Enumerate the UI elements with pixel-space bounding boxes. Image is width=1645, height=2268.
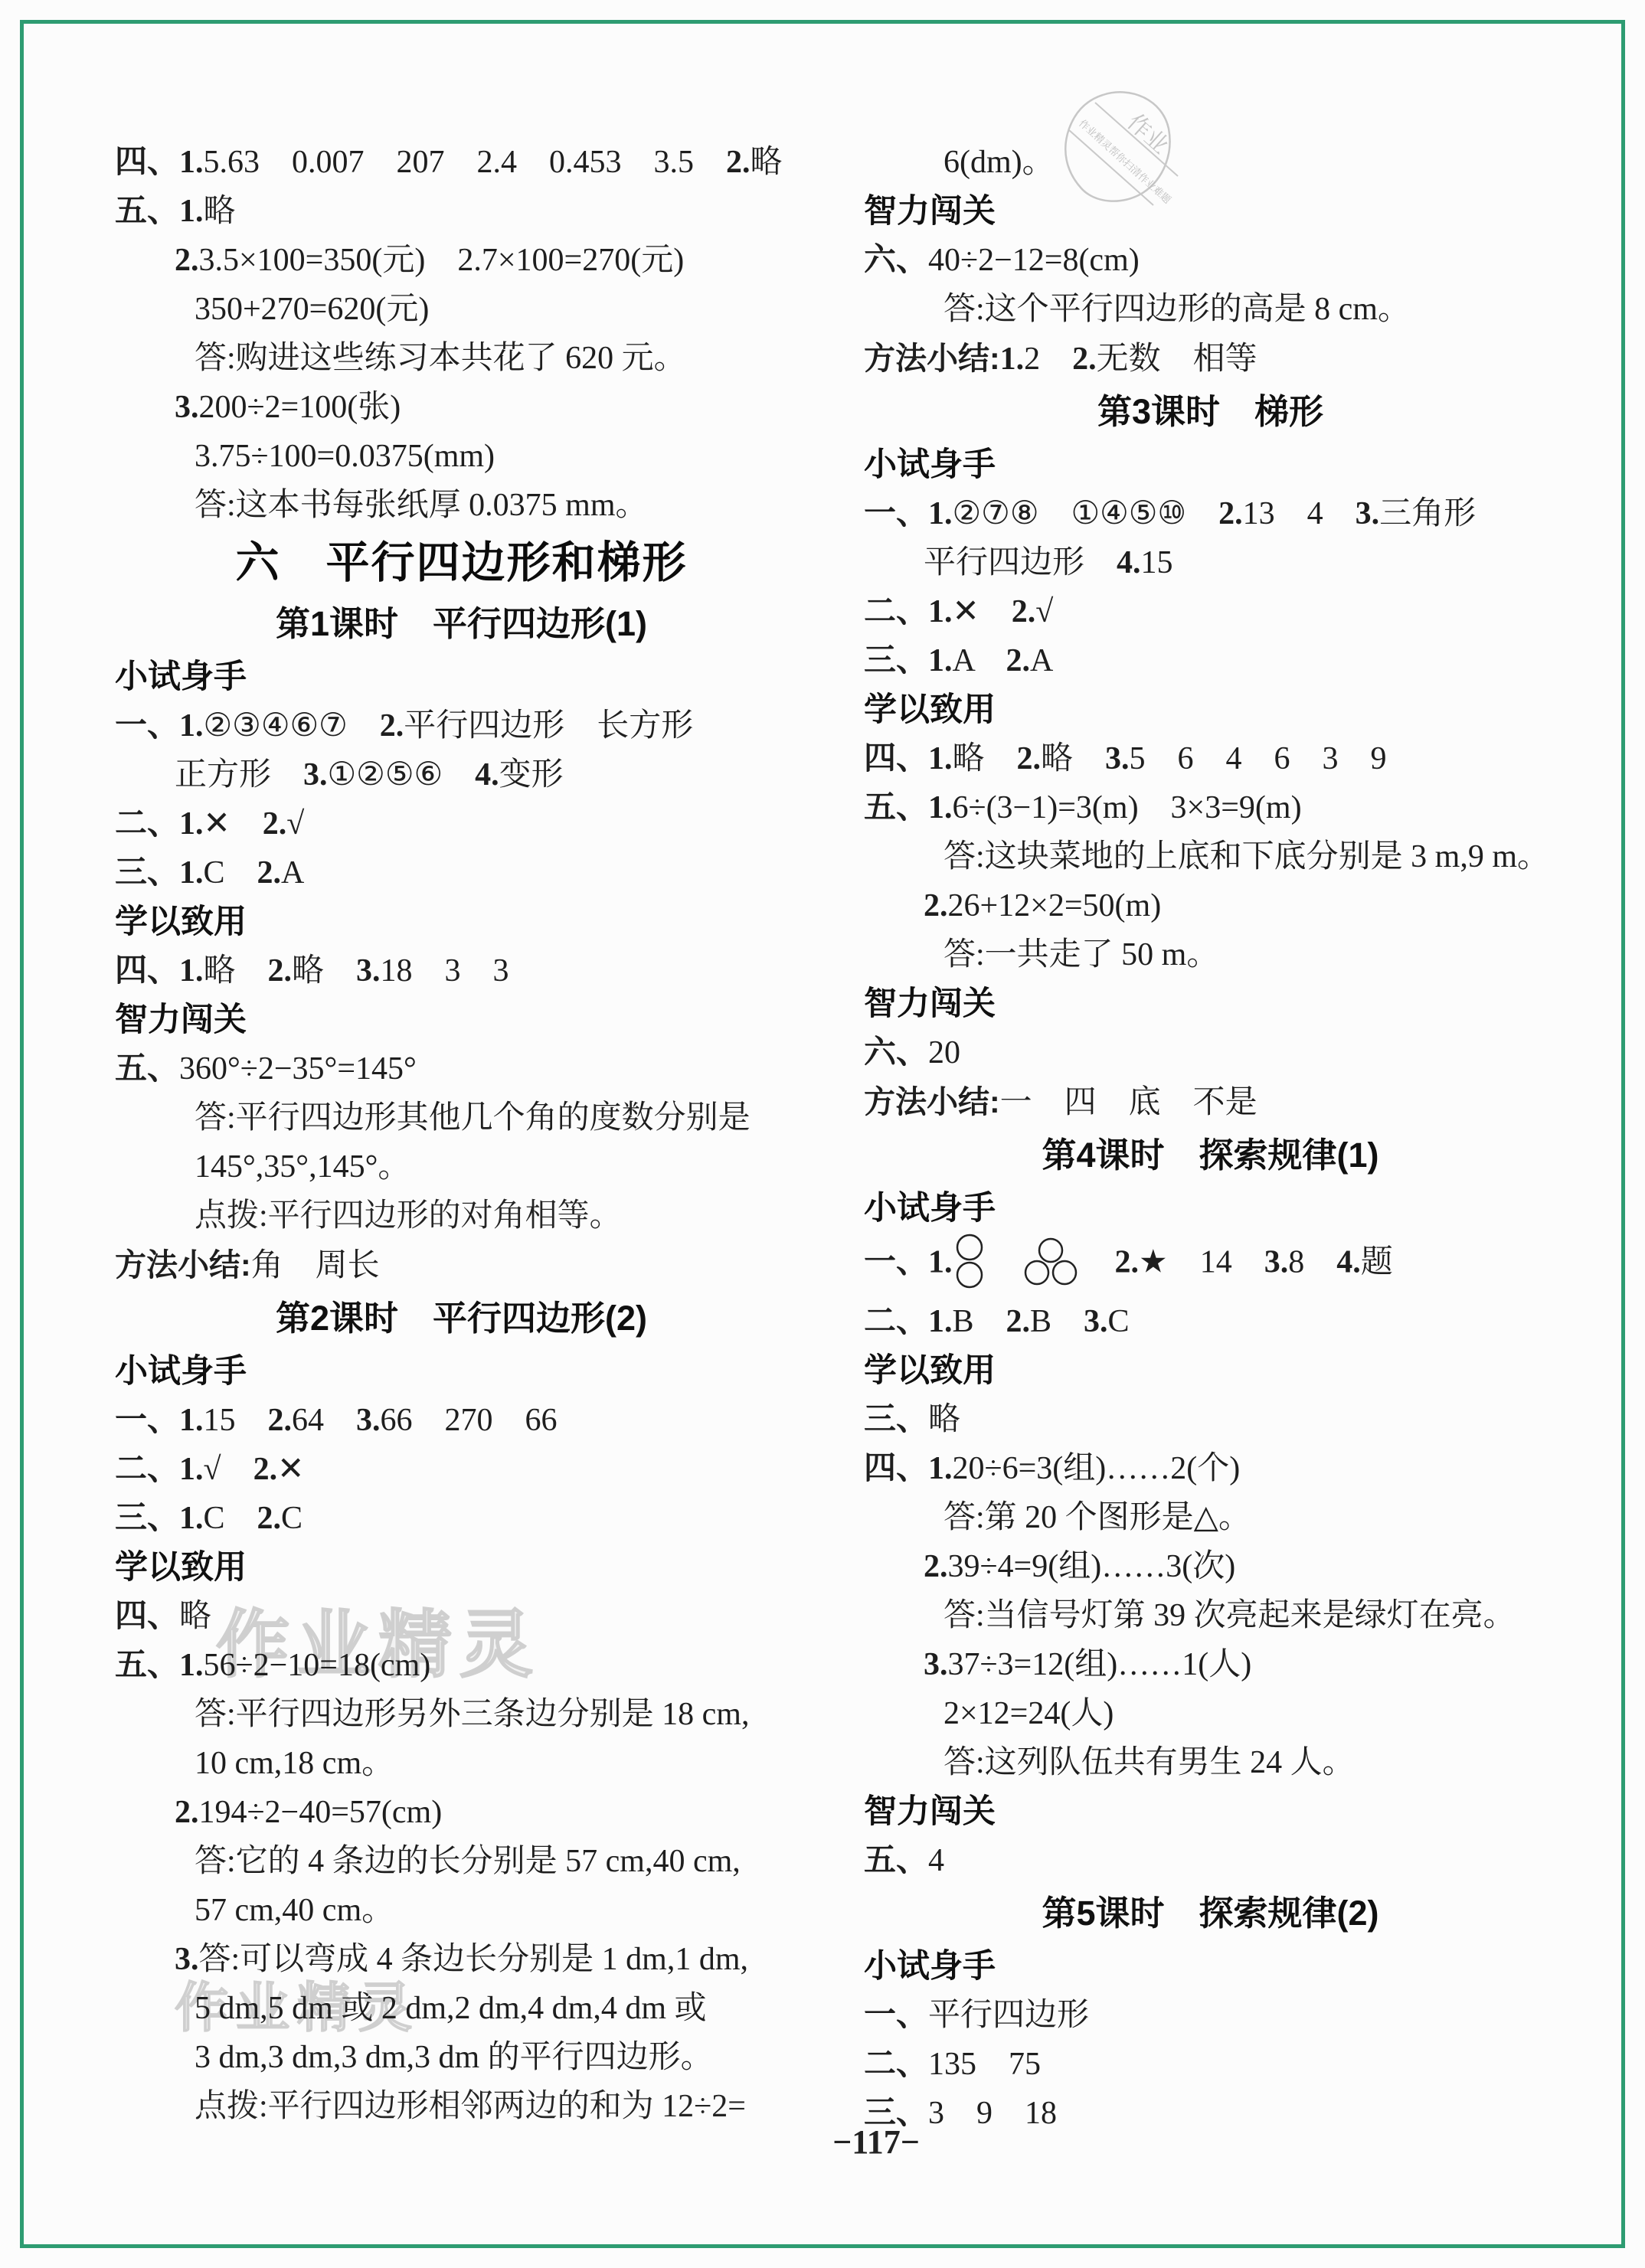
text-segment: 4. [475, 757, 499, 792]
text-segment: 56÷2−10=18(cm) [204, 1648, 431, 1683]
text-segment: 2. [1218, 496, 1243, 531]
answer-line: 三、1.C 2.C [115, 1494, 808, 1543]
answer-line: 2.194÷2−40=57(cm) [115, 1788, 808, 1837]
text-segment: 1. [179, 194, 204, 229]
answer-line: 一、1. 2.★ 14 3.8 4.题 [864, 1233, 1557, 1297]
text-segment: 三、 [115, 855, 179, 891]
answer-line: 一、1.15 2.64 3.66 270 66 [115, 1396, 808, 1445]
text-segment: 略 [292, 953, 356, 989]
text-segment: √ [1035, 594, 1053, 629]
text-segment: 3. [1105, 741, 1130, 776]
text-segment: 20 [928, 1035, 960, 1070]
text-segment: 点拨:平行四边形的对角相等。 [195, 1198, 622, 1234]
text-segment: 2. [1115, 1245, 1140, 1280]
text-segment: 题 [1361, 1245, 1393, 1280]
text-segment: 2. [924, 888, 948, 923]
text-segment: 方法小结: [864, 1084, 1000, 1119]
text-segment: 答:这列队伍共有男生 24 人。 [944, 1745, 1355, 1780]
text-segment: 一、 [864, 1245, 928, 1280]
text-segment [989, 1245, 1021, 1280]
text-segment: 10 cm,18 cm。 [195, 1746, 394, 1781]
answer-line: 三、1.C 2.A [115, 848, 808, 897]
text-segment: ✕ [277, 1452, 304, 1487]
text-segment: 2 [1024, 342, 1072, 377]
text-segment: 1. [928, 594, 953, 629]
text-segment: 15 [1141, 545, 1173, 580]
text-segment: 1. [179, 1648, 204, 1683]
text-segment: 略 [204, 194, 236, 229]
text-segment: 答:这块菜地的上底和下底分别是 3 m,9 m。 [944, 839, 1549, 874]
text-segment: 1. [1000, 342, 1025, 377]
text-segment: 五、 [864, 790, 928, 825]
text-segment: 2. [268, 953, 293, 989]
answer-line: 57 cm,40 cm。 [115, 1886, 808, 1935]
text-segment: 方法小结: [864, 341, 1000, 376]
text-segment: 1. [928, 643, 953, 678]
page-number: −117− [800, 2123, 953, 2162]
text-segment: C [281, 1501, 303, 1536]
section-header: 小试身手 [864, 440, 1557, 489]
text-segment: 66 270 66 [381, 1403, 558, 1438]
text-segment: 无数 相等 [1097, 342, 1257, 377]
answer-line: 二、1.✕ 2.√ [115, 799, 808, 848]
text-segment: 1. [179, 855, 204, 891]
section-header: 智力闯关 [115, 995, 808, 1044]
text-segment: 1. [928, 790, 953, 825]
text-segment: 4. [1117, 545, 1141, 580]
text-segment: 四、 [864, 741, 928, 776]
text-segment: 3 dm,3 dm,3 dm,3 dm 的平行四边形。 [195, 2040, 713, 2075]
text-segment: ②⑦⑧ ①④⑤⑩ [953, 496, 1219, 531]
answer-line: 答:一共走了 50 m。 [864, 930, 1557, 979]
text-segment: 1. [928, 1304, 953, 1339]
text-segment: 略 [928, 1402, 960, 1437]
answer-line: 六、40÷2−12=8(cm) [864, 236, 1557, 285]
answer-line: 3.答:可以弯成 4 条边长分别是 1 dm,1 dm, [115, 1935, 808, 1984]
text-segment: 1. [179, 953, 204, 989]
answer-line: 5 dm,5 dm 或 2 dm,2 dm,4 dm,4 dm 或 [115, 1984, 808, 2033]
text-segment: 2. [253, 1452, 278, 1487]
text-segment: 350+270=620(元) [195, 292, 429, 327]
text-segment: C [1108, 1304, 1130, 1339]
text-segment: 三角形 [1379, 496, 1476, 531]
text-segment: 二、 [864, 2047, 928, 2082]
text-segment: 正方形 [175, 757, 303, 792]
answer-line: 6(dm)。 [864, 138, 1557, 187]
section-header: 小试身手 [115, 652, 808, 701]
right-column: 6(dm)。智力闯关六、40÷2−12=8(cm)答:这个平行四边形的高是 8 … [864, 138, 1557, 2138]
lesson-heading: 第5课时 探索规律(2) [864, 1885, 1557, 1942]
text-segment: 13 4 [1243, 496, 1356, 531]
text-segment: ②③④⑥⑦ [204, 708, 380, 743]
answer-line: 方法小结:角 周长 [115, 1240, 808, 1290]
text-segment: 角 周长 [251, 1248, 380, 1283]
answer-line: 3.200÷2=100(张) [115, 383, 808, 432]
text-segment: 四、 [864, 1451, 928, 1486]
section-header: 智力闯关 [864, 1787, 1557, 1836]
answer-line: 答:这列队伍共有男生 24 人。 [864, 1738, 1557, 1787]
text-segment: 1. [179, 806, 204, 842]
text-segment: 2. [175, 1795, 199, 1830]
text-segment: 略 [751, 145, 783, 180]
text-segment: 1. [928, 1451, 953, 1486]
text-segment: 2. [268, 1403, 293, 1438]
answer-line: 方法小结:一 四 底 不是 [864, 1077, 1557, 1127]
text-segment: 2. [1006, 1304, 1031, 1339]
text-segment: 37÷3=12(组)……1(人) [948, 1647, 1252, 1682]
answer-line: 答:这个平行四边形的高是 8 cm。 [864, 285, 1557, 334]
text-segment: 3. [1264, 1245, 1289, 1280]
text-segment: A [953, 643, 1006, 678]
text-segment: 1. [179, 1501, 204, 1536]
text-segment: 五、 [115, 1051, 179, 1087]
text-segment: 答:平行四边形另外三条边分别是 18 cm, [195, 1697, 749, 1732]
text-segment: 3. [175, 390, 199, 425]
text-segment: 四、 [115, 145, 179, 180]
text-segment: 2. [263, 806, 287, 842]
text-segment: 2. [257, 1501, 282, 1536]
answer-line: 一、平行四边形 [864, 1991, 1557, 2040]
text-segment: 一、 [115, 708, 179, 743]
text-segment: 3. [356, 1403, 381, 1438]
text-segment: 4 [928, 1843, 944, 1878]
text-segment: 六、 [864, 243, 928, 278]
text-segment: A [281, 855, 304, 891]
answer-line: 三、1.A 2.A [864, 636, 1557, 685]
section-header: 学以致用 [115, 1543, 808, 1592]
text-segment: 18 3 3 [381, 953, 509, 989]
text-segment: 一、 [115, 1403, 179, 1438]
answer-line: 三、3 9 18 [864, 2089, 1557, 2138]
answer-line: 2.26+12×2=50(m) [864, 881, 1557, 930]
text-segment: 二、 [115, 806, 179, 842]
answer-line: 3.75÷100=0.0375(mm) [115, 432, 808, 481]
answer-line: 点拨:平行四边形的对角相等。 [115, 1191, 808, 1240]
text-segment: 4. [1336, 1245, 1361, 1280]
text-segment: 57 cm,40 cm。 [195, 1893, 394, 1928]
text-segment: 3. [356, 953, 381, 989]
text-segment: 145°,35°,145°。 [195, 1149, 410, 1185]
text-segment: 2. [1017, 741, 1042, 776]
text-segment: √ [286, 806, 304, 842]
text-segment: 3. [924, 1647, 948, 1682]
answer-line: 二、135 75 [864, 2040, 1557, 2089]
text-segment: 五、 [864, 1843, 928, 1878]
text-segment: 3.75÷100=0.0375(mm) [195, 439, 495, 474]
text-segment: 64 [292, 1403, 356, 1438]
text-segment: 6÷(3−1)=3(m) 3×3=9(m) [953, 790, 1302, 825]
section-header: 智力闯关 [864, 187, 1557, 236]
answer-line: 答:当信号灯第 39 次亮起来是绿灯在亮。 [864, 1591, 1557, 1640]
lesson-heading: 第3课时 梯形 [864, 384, 1557, 440]
text-segment: 二、 [115, 1452, 179, 1487]
text-segment: 点拨:平行四边形相邻两边的和为 12÷2= [195, 2089, 746, 2124]
answer-line: 答:这本书每张纸厚 0.0375 mm。 [115, 481, 808, 530]
answer-line: 点拨:平行四边形相邻两边的和为 12÷2= [115, 2082, 808, 2131]
text-segment: ①②⑤⑥ [328, 757, 476, 792]
answer-line: 五、4 [864, 1836, 1557, 1885]
text-segment: 答:购进这些练习本共花了 620 元。 [195, 341, 686, 376]
text-segment: 平行四边形 [928, 1998, 1089, 2033]
text-segment: ★ 14 [1139, 1245, 1264, 1280]
answer-line: 四、1.略 2.略 3.18 3 3 [115, 946, 808, 995]
text-segment: 135 75 [928, 2047, 1041, 2082]
answer-line: 四、略 [115, 1592, 808, 1641]
text-segment: 3. [1356, 496, 1380, 531]
text-segment: 2. [175, 243, 199, 278]
text-segment: 1. [179, 1403, 204, 1438]
text-segment: 答:当信号灯第 39 次亮起来是绿灯在亮。 [944, 1598, 1516, 1633]
text-segment: B [1030, 1304, 1084, 1339]
section-header: 小试身手 [115, 1347, 808, 1396]
answer-line: 一、1.②⑦⑧ ①④⑤⑩ 2.13 4 3.三角形 [864, 489, 1557, 538]
text-segment: 6(dm)。 [944, 145, 1055, 180]
answer-line: 答:它的 4 条边的长分别是 57 cm,40 cm, [115, 1837, 808, 1886]
section-header: 智力闯关 [864, 979, 1557, 1028]
text-segment: 39÷4=9(组)……3(次) [948, 1549, 1236, 1584]
section-header: 学以致用 [864, 685, 1557, 734]
text-segment: 三、 [864, 1402, 928, 1437]
text-segment: 二、 [864, 594, 928, 629]
two-circles-icon [954, 1233, 985, 1291]
answer-line: 方法小结:1.2 2.无数 相等 [864, 334, 1557, 384]
text-segment: 略 [204, 953, 268, 989]
answer-line: 五、1.56÷2−10=18(cm) [115, 1641, 808, 1690]
answer-line: 3 dm,3 dm,3 dm,3 dm 的平行四边形。 [115, 2033, 808, 2082]
text-segment: 2. [924, 1549, 948, 1584]
text-segment: 略 [1041, 741, 1105, 776]
text-segment: 5 dm,5 dm 或 2 dm,2 dm,4 dm,4 dm 或 [195, 1991, 707, 2026]
text-segment: 20÷6=3(组)……2(个) [953, 1451, 1241, 1486]
answer-line: 五、360°÷2−35°=145° [115, 1044, 808, 1093]
text-segment: 1. [928, 1245, 953, 1280]
answer-line: 145°,35°,145°。 [115, 1142, 808, 1191]
text-segment: 5.63 0.007 207 2.4 0.453 3.5 [204, 145, 727, 180]
text-segment: 2. [726, 145, 751, 180]
answer-line: 答:这块菜地的上底和下底分别是 3 m,9 m。 [864, 832, 1557, 881]
text-segment: 平行四边形 [924, 545, 1117, 580]
answer-line: 二、1.✕ 2.√ [864, 587, 1557, 636]
text-segment: C [204, 1501, 257, 1536]
section-header: 小试身手 [864, 1184, 1557, 1233]
text-segment: C [204, 855, 257, 891]
text-segment: 200÷2=100(张) [199, 390, 401, 425]
text-segment: 一、 [864, 496, 928, 531]
answer-line: 答:平行四边形其他几个角的度数分别是 [115, 1093, 808, 1142]
answer-line: 五、1.6÷(3−1)=3(m) 3×3=9(m) [864, 783, 1557, 832]
left-column: 四、1.5.63 0.007 207 2.4 0.453 3.5 2.略五、1.… [115, 138, 808, 2131]
answer-line: 答:购进这些练习本共花了 620 元。 [115, 334, 808, 383]
answer-line: 350+270=620(元) [115, 285, 808, 334]
text-segment: 四、 [115, 1599, 179, 1634]
text-segment: 答:一共走了 50 m。 [944, 937, 1218, 972]
answer-line: 二、1.B 2.B 3.C [864, 1297, 1557, 1346]
text-segment: √ [204, 1452, 253, 1487]
text-segment: 2. [380, 708, 404, 743]
text-segment: 2. [1072, 342, 1097, 377]
text-segment: 40÷2−12=8(cm) [928, 243, 1140, 278]
answer-line: 四、1.5.63 0.007 207 2.4 0.453 3.5 2.略 [115, 138, 808, 187]
text-segment: 1. [928, 741, 953, 776]
answer-line: 一、1.②③④⑥⑦ 2.平行四边形 长方形 [115, 701, 808, 750]
lesson-heading: 第4课时 探索规律(1) [864, 1127, 1557, 1184]
text-segment: 二、 [864, 1304, 928, 1339]
text-segment: 3. [175, 1942, 199, 1977]
text-segment: 3. [1084, 1304, 1108, 1339]
text-segment: 一 四 底 不是 [1000, 1085, 1257, 1120]
text-segment: 答:第 20 个图形是△。 [944, 1500, 1251, 1535]
text-segment: 26+12×2=50(m) [948, 888, 1162, 923]
text-segment: 1. [928, 496, 953, 531]
answer-line: 答:第 20 个图形是△。 [864, 1493, 1557, 1542]
text-segment: 1. [179, 708, 204, 743]
text-segment: 答:这个平行四边形的高是 8 cm。 [944, 292, 1410, 327]
text-segment: 三、 [115, 1501, 179, 1536]
text-segment: ✕ [204, 806, 263, 842]
text-segment: 194÷2−40=57(cm) [199, 1795, 443, 1830]
lesson-heading: 第1课时 平行四边形(1) [115, 596, 808, 652]
answer-line: 答:平行四边形另外三条边分别是 18 cm, [115, 1690, 808, 1739]
text-segment: 略 [179, 1599, 211, 1634]
text-segment: 1. [179, 1452, 204, 1487]
text-segment: 五、 [115, 194, 179, 229]
text-segment: 六、 [864, 1035, 928, 1070]
lesson-heading: 第2课时 平行四边形(2) [115, 1290, 808, 1347]
section-header: 学以致用 [115, 897, 808, 946]
text-segment: 一、 [864, 1998, 928, 2033]
text-segment: 略 [953, 741, 1017, 776]
text-segment: A [1030, 643, 1053, 678]
text-segment: ✕ [953, 594, 1012, 629]
text-segment: 1. [179, 145, 204, 180]
text-segment: 答:这本书每张纸厚 0.0375 mm。 [195, 488, 648, 523]
answer-line: 二、1.√ 2.✕ [115, 1445, 808, 1494]
answer-line: 10 cm,18 cm。 [115, 1739, 808, 1788]
answer-line: 三、略 [864, 1395, 1557, 1444]
text-segment [1083, 1245, 1115, 1280]
text-segment: 2. [1012, 594, 1036, 629]
text-segment: 四、 [115, 953, 179, 989]
answer-line: 2.39÷4=9(组)……3(次) [864, 1542, 1557, 1591]
text-segment: 五、 [115, 1648, 179, 1683]
answer-line: 六、20 [864, 1028, 1557, 1077]
chapter-heading: 六 平行四边形和梯形 [115, 530, 808, 596]
answer-line: 2×12=24(人) [864, 1689, 1557, 1738]
text-segment: 8 [1288, 1245, 1336, 1280]
text-segment: B [953, 1304, 1006, 1339]
section-header: 学以致用 [864, 1346, 1557, 1395]
text-segment: 3.5×100=350(元) 2.7×100=270(元) [199, 243, 685, 278]
text-segment: 三、 [864, 643, 928, 678]
text-segment: 15 [204, 1403, 268, 1438]
text-segment: 2. [1006, 643, 1031, 678]
answer-line: 2.3.5×100=350(元) 2.7×100=270(元) [115, 236, 808, 285]
answer-line: 平行四边形 4.15 [864, 538, 1557, 587]
text-segment: 变形 [499, 757, 564, 792]
text-segment: 360°÷2−35°=145° [179, 1051, 417, 1087]
text-segment: 2×12=24(人) [944, 1696, 1114, 1731]
text-segment: 5 6 4 6 3 9 [1130, 741, 1387, 776]
text-segment: 方法小结: [115, 1247, 251, 1283]
answer-line: 四、1.20÷6=3(组)……2(个) [864, 1444, 1557, 1493]
answer-line: 正方形 3.①②⑤⑥ 4.变形 [115, 750, 808, 799]
answer-line: 四、1.略 2.略 3.5 6 4 6 3 9 [864, 734, 1557, 783]
three-circles-icon [1022, 1237, 1079, 1286]
text-segment: 3. [303, 757, 328, 792]
text-segment: 平行四边形 长方形 [404, 708, 693, 743]
answer-line: 五、1.略 [115, 187, 808, 236]
text-segment: 答:它的 4 条边的长分别是 57 cm,40 cm, [195, 1844, 741, 1879]
text-segment: 答:平行四边形其他几个角的度数分别是 [195, 1100, 751, 1136]
answer-line: 3.37÷3=12(组)……1(人) [864, 1640, 1557, 1689]
text-segment: 2. [257, 855, 282, 891]
text-segment: 答:可以弯成 4 条边长分别是 1 dm,1 dm, [199, 1942, 749, 1977]
section-header: 小试身手 [864, 1942, 1557, 1991]
